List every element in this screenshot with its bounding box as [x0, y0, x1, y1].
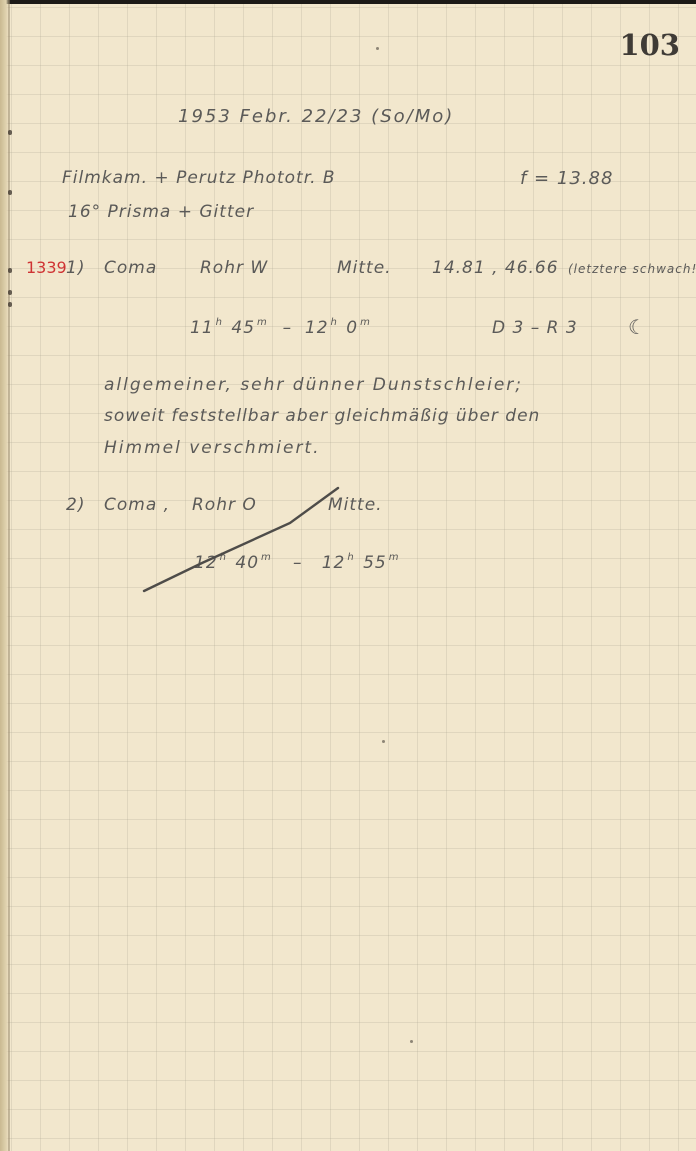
start-hour: 11: [190, 318, 214, 338]
remark-line: allgemeiner, sehr dünner Dunstschleier;: [104, 375, 523, 395]
moon-icon: ☾: [628, 315, 647, 339]
observation-label: 2): [66, 495, 85, 515]
binding-line: [8, 0, 10, 1151]
hour-unit: h: [331, 317, 338, 328]
prism-setup: 16° Prisma + Gitter: [68, 202, 254, 222]
object-name: Coma: [104, 258, 157, 278]
seeing-quality: D 3 – R 3: [492, 318, 578, 338]
paper-speck: [410, 1040, 413, 1043]
coordinates: 14.81 , 46.66: [432, 258, 559, 278]
minute-unit: m: [257, 317, 268, 328]
binding-hole: [8, 190, 12, 195]
start-minute: 45: [231, 318, 255, 338]
camera-setup: Filmkam. + Perutz Phototr. B: [62, 168, 336, 188]
strikethrough-line: [142, 485, 352, 595]
center-label: Mitte.: [337, 258, 392, 278]
page-top-edge: [0, 0, 696, 4]
page-number: 103: [619, 28, 680, 62]
binding-hole: [8, 290, 12, 295]
notebook-page: 103 1953 Febr. 22/23 (So/Mo) Filmkam. + …: [0, 0, 696, 1151]
end-hour: 12: [305, 318, 329, 338]
time-dash: –: [283, 318, 293, 338]
paper-speck: [382, 740, 385, 743]
tube-direction: Rohr W: [200, 258, 268, 278]
observation-label: 1): [66, 258, 85, 278]
exposure-time: 11h 45m – 12h 0m: [190, 318, 373, 338]
coordinate-note: (letztere schwach!): [568, 262, 696, 276]
end-minute: 0: [346, 318, 358, 338]
remark-line: Himmel verschmiert.: [104, 438, 321, 458]
paper-speck: [376, 47, 379, 50]
hour-unit: h: [216, 317, 223, 328]
remark-line: soweit feststellbar aber gleichmäßig übe…: [104, 406, 540, 426]
catalog-number: 1339: [26, 258, 67, 277]
minute-unit: m: [360, 317, 371, 328]
binding-hole: [8, 130, 12, 135]
minute-unit: m: [389, 552, 400, 563]
date-heading: 1953 Febr. 22/23 (So/Mo): [178, 106, 454, 127]
end-minute: 55: [363, 553, 387, 573]
focal-length: f = 13.88: [520, 168, 613, 189]
binding-hole: [8, 268, 12, 273]
binding-hole: [8, 302, 12, 307]
